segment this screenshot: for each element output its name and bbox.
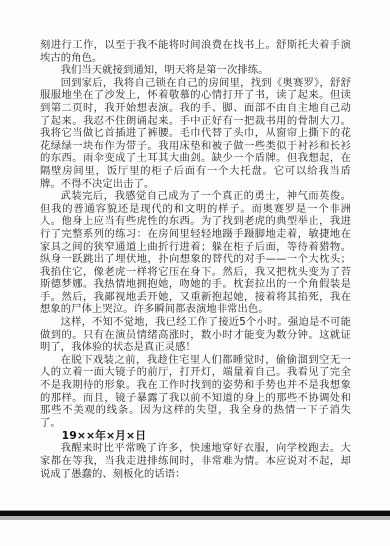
date-heading: 19××年×月×日 xyxy=(40,429,351,442)
paragraph: 武装完后，我感觉自己成为了一个真正的勇士，神气而英俊。但我的普通容貌还是现代的和… xyxy=(40,190,351,316)
paragraph: 这样，不知不觉地，我已经工作了接近5个小时。强迫是不可能做到的。只有在演员情绪高… xyxy=(40,316,351,354)
paragraph-continuation: 刻进行工作，以至于我不能将时间浪费在找书上。舒斯托夫着手演埃古的角色。 xyxy=(40,39,351,64)
scanned-book-page: 刻进行工作，以至于我不能将时间浪费在找书上。舒斯托夫着手演埃古的角色。 我们当天… xyxy=(0,0,390,546)
separator-shadow xyxy=(0,516,390,520)
paragraph: 我们当天就接到通知，明天将是第一次排练。 xyxy=(40,64,351,77)
page-separator xyxy=(0,510,390,520)
page-text-block: 刻进行工作，以至于我不能将时间浪费在找书上。舒斯托夫着手演埃古的角色。 我们当天… xyxy=(40,39,351,480)
paragraph: 在脱下戏装之前，我趁住宅里人们都睡觉时，偷偷溜到空无一人的立着一面大镜子的前厅，… xyxy=(40,354,351,430)
paragraph: 我醒来时比平常晚了许多，快速地穿好衣服，向学校跑去。大家都在等我，当我走进排练间… xyxy=(40,442,351,480)
paragraph: 回到家后，我将自己锁在自己的房间里，找到《奥赛罗》，舒舒服服地坐在了沙发上，怀着… xyxy=(40,77,351,190)
